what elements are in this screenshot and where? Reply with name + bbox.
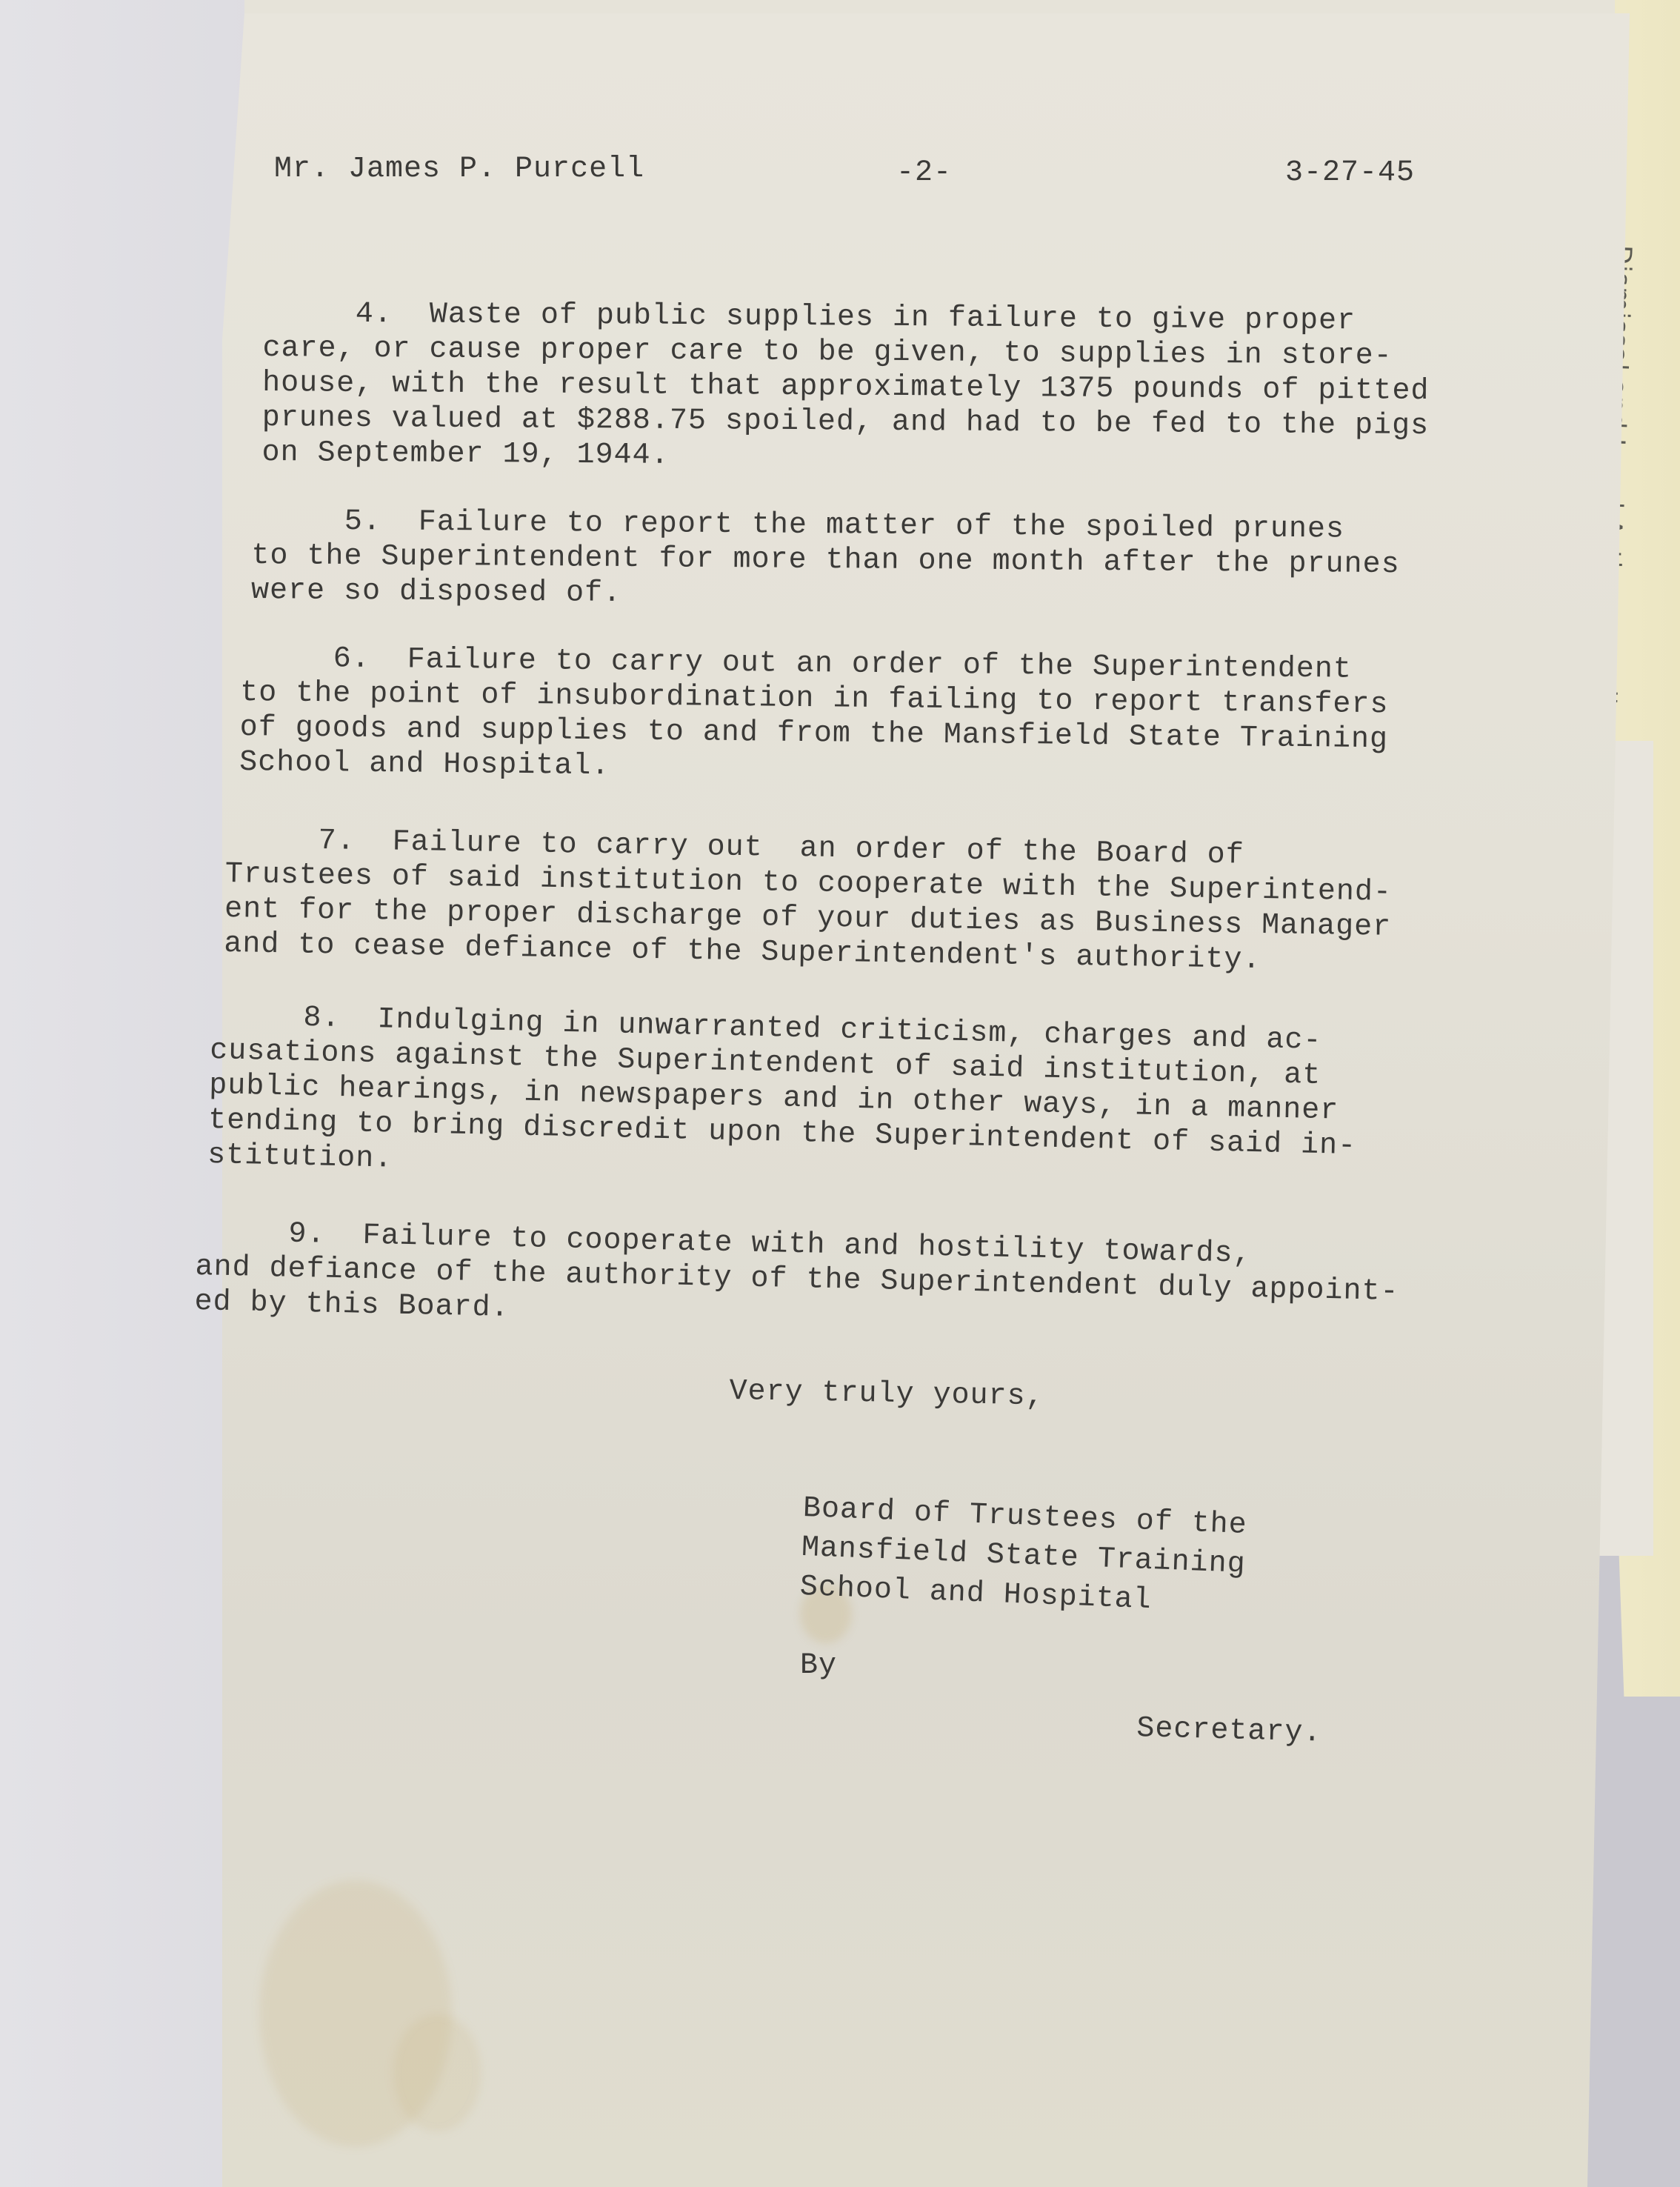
closing-salutation: Very truly yours, bbox=[729, 1374, 1044, 1414]
recipient-name: Mr. James P. Purcell bbox=[274, 152, 644, 187]
paragraph-4: 4. Waste of public supplies in failure t… bbox=[261, 296, 1430, 479]
signature-organization: Board of Trustees of theMansfield State … bbox=[799, 1489, 1248, 1624]
letter-date: 3-27-45 bbox=[1285, 156, 1415, 190]
signature-title: Secretary. bbox=[1136, 1711, 1322, 1751]
paper-stain bbox=[393, 2014, 481, 2132]
paragraph-5: 5. Failure to report the matter of the s… bbox=[251, 504, 1400, 617]
paragraph-8: 8. Indulging in unwarranted criticism, c… bbox=[207, 999, 1359, 1199]
paragraph-7: 7. Failure to carry out an order of the … bbox=[224, 822, 1393, 980]
signature-by: By bbox=[800, 1648, 837, 1683]
page-number: -2- bbox=[896, 156, 952, 190]
paragraph-6: 6. Failure to carry out an order of the … bbox=[239, 641, 1389, 792]
